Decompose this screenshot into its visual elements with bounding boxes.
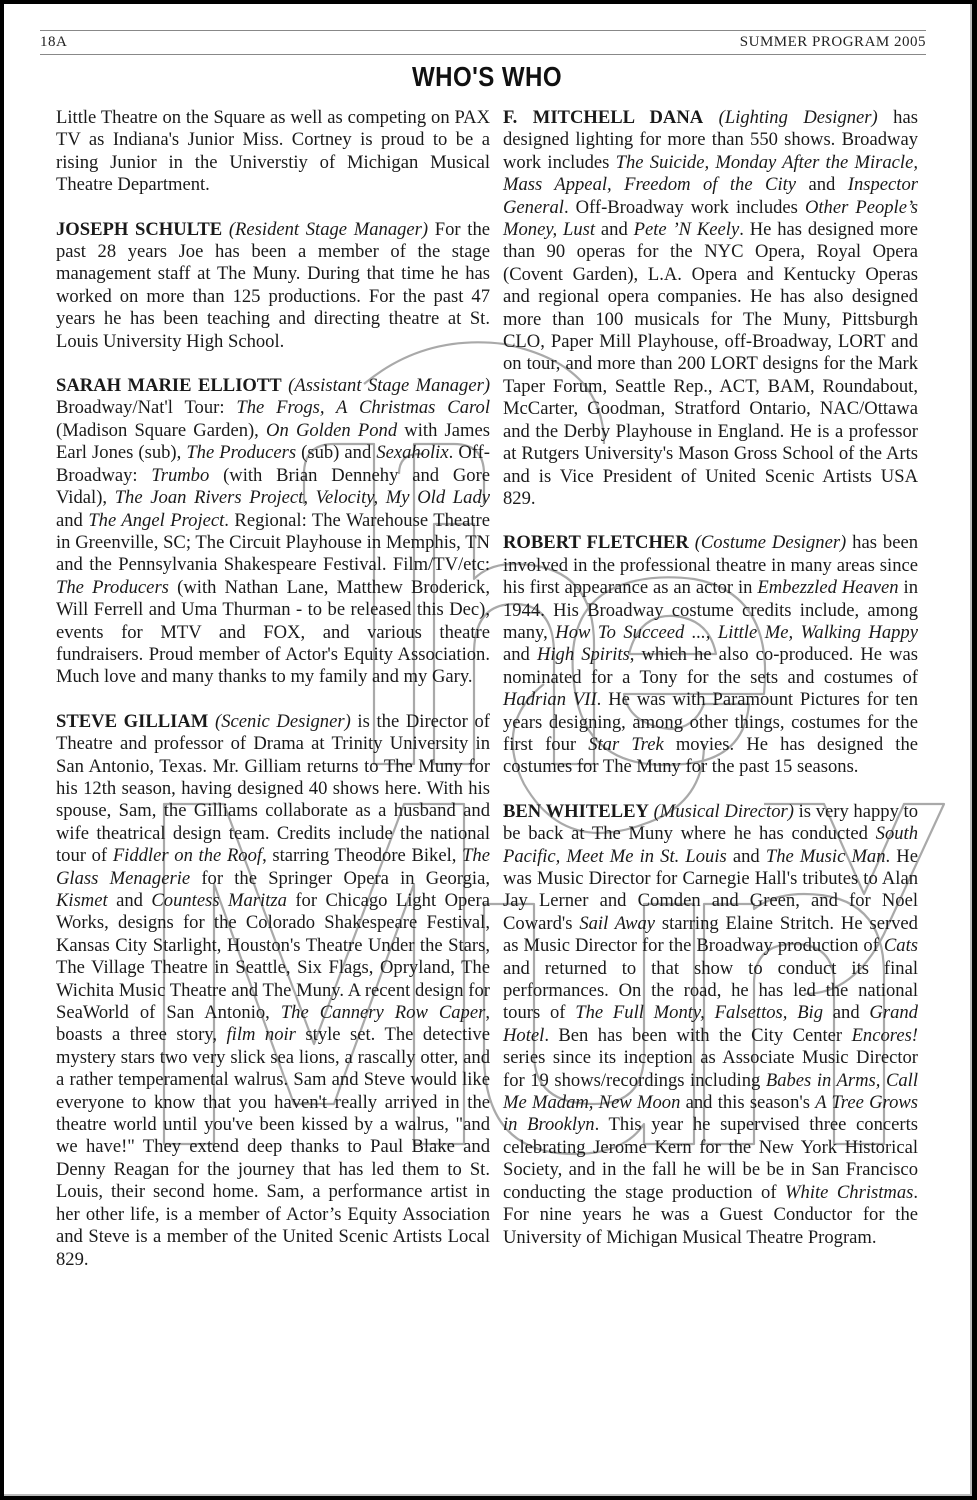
bio-role: (Musical Director) <box>654 801 794 822</box>
bio-text: and <box>727 846 766 867</box>
italic-title: High Spirits <box>537 644 630 665</box>
italic-title: Sail Away <box>579 913 655 934</box>
bio-name: F. MITCHELL DANA <box>503 107 703 128</box>
bio-text: for the Springer Opera in Georgia, <box>190 868 490 889</box>
bio-text: (Madison Square Garden), <box>56 420 266 441</box>
bio-role: (Resident Stage Manager) <box>229 219 428 240</box>
bio-name: ROBERT FLETCHER <box>503 532 689 553</box>
italic-title: On Golden Pond <box>266 420 397 441</box>
bio-text: and <box>108 890 152 911</box>
bio-name: STEVE GILLIAM <box>56 711 208 732</box>
bio-entry: SARAH MARIE ELLIOTT (Assistant Stage Man… <box>56 375 490 689</box>
italic-title: The Producers <box>56 577 169 598</box>
bio-text: and <box>796 174 848 195</box>
bio-name: JOSEPH SCHULTE <box>56 219 222 240</box>
bio-text: . Ben has been with the City Center <box>544 1025 851 1046</box>
bio-text: . He has designed more than 90 operas fo… <box>503 219 918 509</box>
italic-title: Hadrian VII <box>503 689 597 710</box>
bio-text: Little Theatre on the Square as well as … <box>56 107 490 195</box>
italic-title: Cats <box>884 935 918 956</box>
italic-title: Kismet <box>56 890 108 911</box>
italic-title: Sexaholix <box>376 442 448 463</box>
bio-entry: ROBERT FLETCHER (Costume Designer) has b… <box>503 532 918 778</box>
bio-text: and <box>823 1002 869 1023</box>
bio-text: is the Director of Theatre and professor… <box>56 711 490 866</box>
bio-role: (Scenic Designer) <box>215 711 351 732</box>
left-column: Little Theatre on the Square as well as … <box>56 107 490 1293</box>
italic-title: Encores! <box>852 1025 918 1046</box>
italic-title: The Producers <box>186 442 296 463</box>
italic-title: White Christmas <box>785 1182 913 1203</box>
italic-title: Fiddler on the Roof <box>113 845 262 866</box>
bio-text: . Off-Broadway work includes <box>564 197 805 218</box>
bio-entry: STEVE GILLIAM (Scenic Designer) is the D… <box>56 711 490 1271</box>
bio-role: (Assistant Stage Manager) <box>288 375 490 396</box>
bio-text: Broadway/Nat'l Tour: <box>56 397 236 418</box>
publication-name: SUMMER PROGRAM 2005 <box>740 34 926 51</box>
bio-text: , starring Theodore Bikel, <box>262 845 462 866</box>
page-title: WHO'S WHO <box>72 61 903 93</box>
bio-text: (sub) and <box>296 442 376 463</box>
italic-title: The Joan Rivers Project, Velocity, My Ol… <box>115 487 490 508</box>
bio-text: and <box>56 510 88 531</box>
bio-entry: BEN WHITELEY (Musical Director) is very … <box>503 801 918 1249</box>
bio-role: (Lighting Designer) <box>719 107 878 128</box>
bio-entry: F. MITCHELL DANA (Lighting Designer) has… <box>503 107 918 510</box>
italic-title: The Full Monty, Falsettos, Big <box>575 1002 823 1023</box>
italic-title: The Music Man <box>766 846 886 867</box>
bio-text: and <box>595 219 634 240</box>
italic-title: Star Trek <box>588 734 664 755</box>
bio-name: SARAH MARIE ELLIOTT <box>56 375 282 396</box>
bio-text: and this season's <box>680 1092 815 1113</box>
italic-title: film noir <box>227 1024 296 1045</box>
bio-name: BEN WHITELEY <box>503 801 649 822</box>
bio-entry: JOSEPH SCHULTE (Resident Stage Manager) … <box>56 219 490 353</box>
italic-title: How To Succeed ..., Little Me, Walking H… <box>555 622 918 643</box>
page-number: 18A <box>40 34 67 51</box>
italic-title: Countess Maritza <box>151 890 287 911</box>
italic-title: Pete ’N Keely <box>634 219 740 240</box>
bio-role: (Costume Designer) <box>695 532 847 553</box>
italic-title: Embezzled Heaven <box>757 577 898 598</box>
program-page: 18A SUMMER PROGRAM 2005 WHO'S WHO Little… <box>4 4 972 1496</box>
right-column: F. MITCHELL DANA (Lighting Designer) has… <box>503 107 918 1271</box>
bio-text: and <box>503 644 537 665</box>
bio-text: style set. The detective mystery stars t… <box>56 1024 490 1269</box>
italic-title: The Cannery Row Caper <box>281 1002 486 1023</box>
italic-title: The Frogs, A Christmas Carol <box>236 397 490 418</box>
bio-entry: Little Theatre on the Square as well as … <box>56 107 490 197</box>
italic-title: The Angel Project <box>88 510 224 531</box>
running-header: 18A SUMMER PROGRAM 2005 <box>40 30 926 55</box>
italic-title: Trumbo <box>151 465 209 486</box>
